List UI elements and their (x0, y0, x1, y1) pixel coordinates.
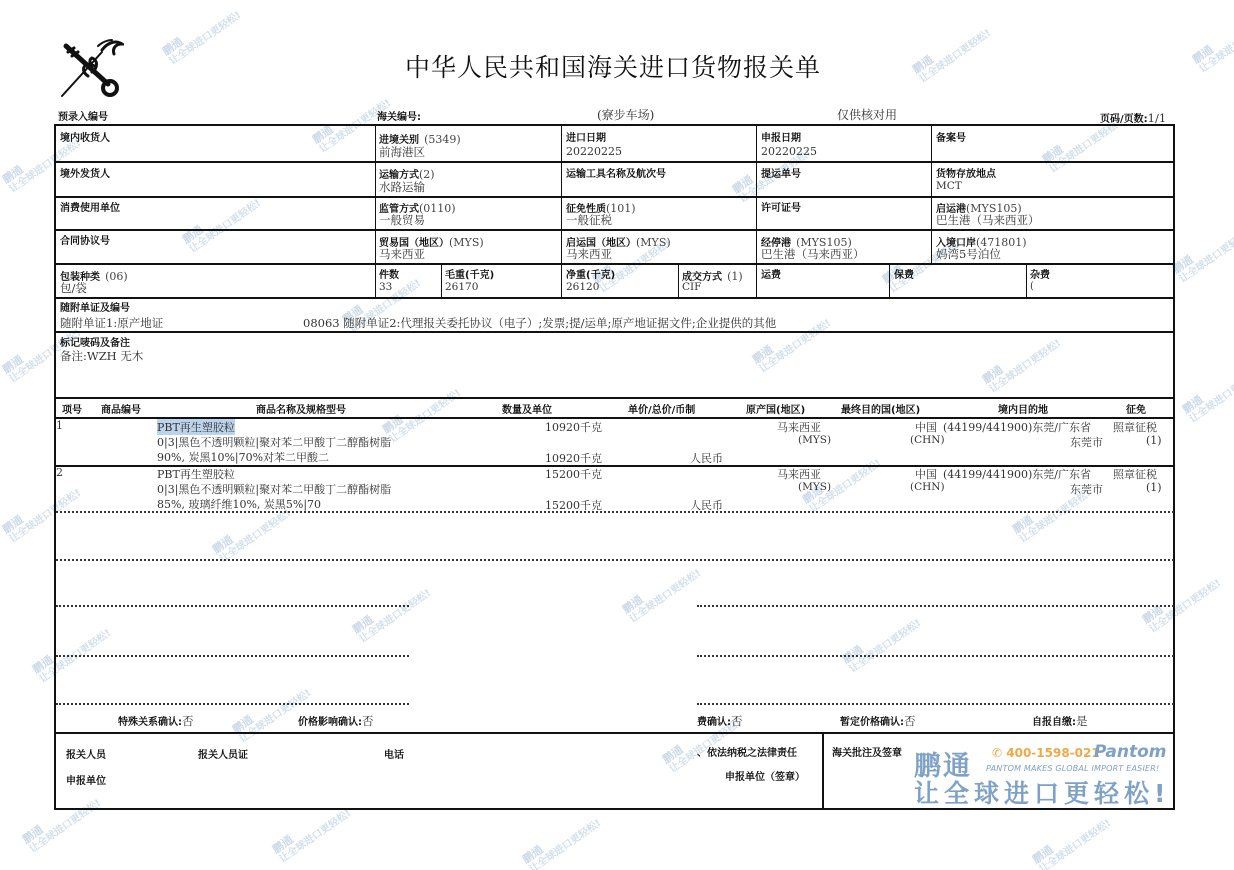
page-title: 中华人民共和国海关进口货物报关单 (405, 48, 821, 84)
col-dest-country: 最终目的国(地区) (841, 401, 920, 416)
item-domestic-dest-2: 东莞市 (1070, 434, 1103, 450)
item-domestic-dest-2: 东莞市 (1070, 481, 1103, 497)
item-qty-1: 15200千克 (545, 466, 602, 482)
location-text: (寮步车场) (597, 106, 654, 123)
brand-name-en: Pantom (1094, 742, 1166, 762)
deal-mode-value: CIF (682, 281, 701, 293)
royalty-confirm: 费确认:否 (697, 710, 743, 729)
self-declare-confirm: 自报自缴:是 (1032, 710, 1088, 729)
pieces-label: 件数 (379, 266, 399, 281)
levy-value: 一般征税 (566, 212, 612, 228)
supervision-value: 一般贸易 (379, 212, 425, 228)
item-qty-2: 15200千克 (545, 497, 602, 513)
declarant-label: 报关人员 (66, 746, 106, 761)
provisional-price-confirm: 暂定价格确认:否 (840, 710, 916, 729)
watermark: 鹏通让全球进口更轻松! (911, 18, 994, 86)
customs-emblem-icon (58, 38, 124, 100)
license-label: 许可证号 (761, 199, 801, 214)
depart-port-value: 巴生港（马来西亚） (936, 212, 1040, 228)
item-qty-1: 10920千克 (545, 419, 602, 435)
pantom-brand-logo: 鹏通 ✆ 400-1598-021 Pantom PANTOM MAKES GL… (914, 744, 1174, 806)
vehicle-label: 运输工具名称及航次号 (566, 165, 666, 180)
declare-date-label: 申报日期 (761, 129, 801, 144)
customs-no-label: 海关编号: (377, 108, 421, 123)
freight-label: 运费 (761, 266, 781, 281)
marks-label: 标记唛码及备注 (60, 334, 130, 349)
watermark: 鹏通让全球进口更轻松! (161, 0, 244, 68)
page-value: 1/1 (1148, 111, 1167, 125)
docs-value-2: 08063 随附单证2:代理报关委托协议（电子）;发票;提/运单;原产地证据文件… (303, 315, 776, 331)
item-domestic-dest: (44199/441900)东莞/广东省 (943, 419, 1091, 435)
item-name[interactable]: PBT再生塑胶粒 (157, 419, 235, 435)
item-dest-country: 中国 (915, 419, 937, 435)
pre-entry-no-label: 预录入编号 (58, 108, 108, 123)
item-no: 1 (56, 419, 63, 432)
storage-value: MCT (936, 180, 962, 192)
contract-label: 合同协议号 (60, 232, 110, 247)
item-spec-2: 90%, 炭黑10%|70%对苯二甲酸二 (157, 449, 329, 465)
watermark: 鹏通让全球进口更轻松! (1181, 358, 1234, 426)
legal-statement: 、依法纳税之法律责任 (697, 744, 797, 759)
record-no-label: 备案号 (936, 129, 966, 144)
insurance-label: 保费 (894, 266, 914, 281)
misc-fee-label: 杂费 (1030, 266, 1050, 281)
entry-customs-value: 前海港区 (379, 144, 425, 160)
net-weight-value: 26120 (566, 281, 599, 293)
entry-port-value: 妈湾5号泊位 (936, 246, 1001, 262)
item-levy: 照章征税 (1113, 419, 1157, 435)
storage-label: 货物存放地点 (936, 165, 996, 180)
gross-weight-value: 26170 (445, 281, 478, 293)
marks-value: 备注:WZH 无木 (60, 348, 143, 364)
import-date-label: 进口日期 (566, 129, 606, 144)
col-quantity: 数量及单位 (502, 401, 552, 416)
item-levy-code: (1) (1146, 481, 1162, 494)
phone-label: 电话 (384, 746, 404, 761)
brand-slogan-cn: 让全球进口更轻松! (914, 774, 1170, 810)
pieces-value: 33 (379, 281, 392, 293)
brand-phone: ✆ 400-1598-021 (992, 746, 1100, 760)
transit-port-value: 巴生港（马来西亚） (761, 246, 865, 262)
col-item-no: 项号 (62, 401, 82, 416)
item-name[interactable]: PBT再生塑胶粒 (157, 466, 235, 482)
verification-note: 仅供核对用 (837, 106, 897, 123)
origin-country-value: 马来西亚 (566, 246, 612, 262)
item-domestic-dest: (44199/441900)东莞/广东省 (943, 466, 1091, 482)
item-origin: 马来西亚 (777, 466, 821, 482)
item-dest-code: (CHN) (910, 434, 945, 446)
col-levy: 征免 (1126, 401, 1146, 416)
consignee-label: 境内收货人 (60, 129, 110, 144)
item-origin-code: (MYS) (798, 481, 831, 493)
watermark: 鹏通让全球进口更轻松! (1191, 8, 1234, 76)
docs-value-1: 随附单证1:原产地证 (60, 315, 163, 331)
docs-label: 随附单证及编号 (60, 299, 130, 314)
consumer-label: 消费使用单位 (60, 199, 120, 214)
gross-weight-label: 毛重(千克) (445, 266, 494, 281)
item-qty-2: 10920千克 (545, 450, 602, 466)
declare-date-value: 20220225 (761, 145, 817, 158)
phone-icon: ✆ (992, 746, 1002, 760)
item-origin: 马来西亚 (777, 419, 821, 435)
col-price: 单价/总价/币制 (628, 401, 695, 416)
col-name-spec: 商品名称及规格型号 (256, 401, 346, 416)
item-spec-2: 85%, 玻璃纤维10%, 炭黑5%|70 (157, 496, 321, 512)
trade-country-value: 马来西亚 (379, 246, 425, 262)
item-spec-1: 0|3|黑色不透明颗粒|聚对苯二甲酸丁二醇酯树脂 (157, 434, 391, 450)
net-weight-label: 净重(千克) (566, 266, 615, 281)
import-date-value: 20220225 (566, 145, 622, 158)
unit-signature-label: 申报单位（签章） (725, 768, 805, 783)
package-value: 包/袋 (60, 280, 87, 296)
special-relation-confirm: 特殊关系确认:否 (118, 710, 194, 729)
item-no: 2 (56, 466, 63, 479)
item-dest-code: (CHN) (910, 481, 945, 493)
transport-mode-value: 水路运输 (379, 179, 425, 195)
declarant-cert-label: 报关人员证 (198, 746, 248, 761)
brand-slogan-en: PANTOM MAKES GLOBAL IMPORT EASIER! (986, 764, 1159, 773)
item-origin-code: (MYS) (798, 434, 831, 446)
col-hs-code: 商品编号 (101, 401, 141, 416)
customs-signature-label: 海关批注及签章 (832, 744, 902, 759)
bill-no-label: 提运单号 (761, 165, 801, 180)
item-spec-1: 0|3|黑色不透明颗粒|聚对苯二甲酸丁二醇酯树脂 (157, 481, 391, 497)
watermark: 鹏通让全球进口更轻松! (1031, 808, 1114, 870)
item-levy: 照章征税 (1113, 466, 1157, 482)
item-dest-country: 中国 (915, 466, 937, 482)
price-influence-confirm: 价格影响确认:否 (298, 710, 374, 729)
watermark: 鹏通让全球进口更轻松! (521, 808, 604, 870)
watermark: 鹏通让全球进口更轻松! (1171, 218, 1234, 286)
item-currency: 人民币 (690, 497, 723, 513)
declaring-unit-label: 申报单位 (66, 772, 106, 787)
col-origin: 原产国(地区) (746, 401, 805, 416)
misc-fee-value: ( (1030, 281, 1034, 292)
item-levy-code: (1) (1146, 434, 1162, 447)
shipper-label: 境外发货人 (60, 165, 110, 180)
col-domestic-dest: 境内目的地 (998, 401, 1048, 416)
item-currency: 人民币 (690, 450, 723, 466)
